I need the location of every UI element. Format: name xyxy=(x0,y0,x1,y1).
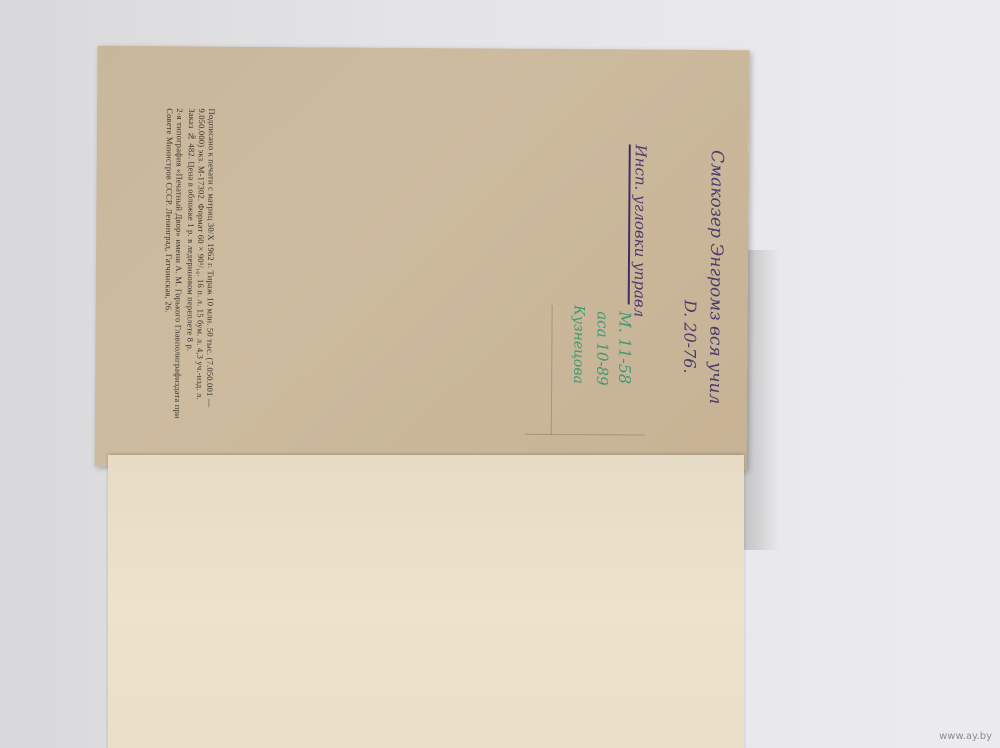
handwriting-line: аса 10-89 xyxy=(593,311,612,385)
handwriting-line: М. 11-58 xyxy=(615,311,635,384)
colophon-line: Подписано к печати с матриц 30/X 1962 г.… xyxy=(205,108,217,407)
handwriting-line: Кузнецова xyxy=(570,305,587,384)
pencil-line xyxy=(525,434,645,436)
colophon-line: Заказ № 482. Цена в обложке 1 р. в ледер… xyxy=(185,108,197,351)
colophon-line: 9.050.000) экз. М-17302. Формат 60×90¹/₁… xyxy=(195,108,207,399)
watermark: www.ay.by xyxy=(939,731,992,742)
pencil-line xyxy=(551,305,553,435)
colophon-line: Совете Министров СССР. Ленинград, Гатчин… xyxy=(164,108,175,312)
back-cover-page: Подписано к печати с матриц 30/X 1962 г.… xyxy=(95,46,750,471)
endpaper-page xyxy=(108,455,744,748)
colophon-text: Подписано к печати с матриц 30/X 1962 г.… xyxy=(185,108,217,438)
handwriting-line: Смакозер Энгромз вся учил xyxy=(705,150,727,404)
handwriting-line: Инсп. угловки управл xyxy=(631,144,650,317)
handwriting-line: D. 20-76. xyxy=(680,300,700,374)
book-photo: Подписано к печати с матриц 30/X 1962 г.… xyxy=(0,0,1000,748)
